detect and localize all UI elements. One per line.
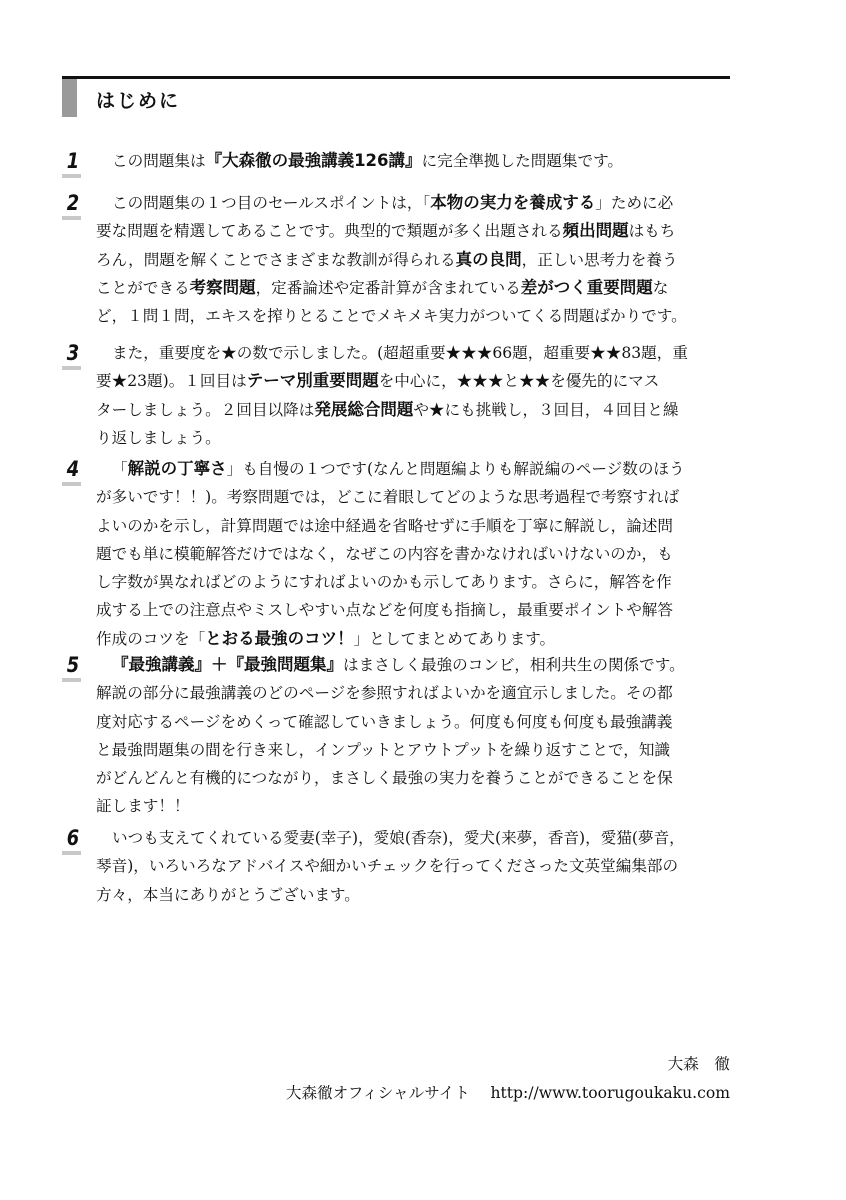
body-text: 」も自慢の１つです(なんと問題編よりも解説編のページ数のほう [227,460,685,478]
paragraph-number-underline [62,678,81,682]
body-text: ことができる [96,279,190,297]
text-line: り返しましょう。 [96,424,736,452]
emphasis-text: 発展総合問題 [314,400,413,419]
text-line: 方々，本当にありがとうございます。 [96,881,736,909]
body-text: 証します！！ [96,797,190,815]
emphasis-text: 『大森徹の最強講義126講』 [206,151,422,170]
body-text: 成する上での注意点やミスしやすい点などを何度も指摘し，最重要ポイントや解答 [96,601,673,619]
body-text: と最強問題集の間を行き来し，インプットとアウトプットを繰り返すことで，知識 [96,741,670,759]
paragraph-number-underline [62,482,81,486]
text-line: 題でも単に模範解答だけではなく，なぜこの内容を書かなければいけないのか，も [96,540,736,568]
body-text: この問題集の１つ目のセールスポイントは，「 [112,194,430,212]
paragraph-number-underline [62,851,81,855]
text-line: 「解説の丁寧さ」も自慢の１つです(なんと問題編よりも解説編のページ数のほう [96,455,736,483]
body-text: ろん，問題を解くことでさまざまな教訓が得られる [96,251,456,269]
paragraph-number: 6 [65,827,80,849]
paragraph-number: 4 [65,458,80,480]
paragraph-2: この問題集の１つ目のセールスポイントは，「本物の実力を養成する」ために必要な問題… [96,189,736,330]
paragraph-5: 『最強講義』＋『最強問題集』はまさしく最強のコンビ，相利共生の関係です。解説の部… [96,651,736,821]
body-text: 「 [112,460,128,478]
body-text: いつも支えてくれている愛妻(幸子)，愛娘(香奈)，愛犬(来夢，香音)，愛猫(夢音… [112,829,685,847]
paragraph-number-underline [62,216,81,220]
text-line: し字数が異なればどのようにすればよいのかも示してあります。さらに，解答を作 [96,568,736,596]
text-line: よいのかを示し，計算問題では途中経過を省略せずに手順を丁寧に解説し，論述問 [96,512,736,540]
body-text: 作成のコツを「 [96,630,205,648]
body-text: し字数が異なればどのようにすればよいのかも示してあります。さらに，解答を作 [96,573,672,591]
text-line: ど，１問１問，エキスを搾りとることでメキメキ実力がついてくる問題ばかりです。 [96,302,736,330]
emphasis-text: 差がつく重要問題 [521,278,653,297]
text-line: 度対応するページをめくって確認していきましょう。何度も何度も何度も最強講義 [96,708,736,736]
text-line: 証します！！ [96,792,736,820]
body-text: ，正しい思考力を養う [522,251,678,269]
emphasis-text: 解説の丁寧さ [128,459,227,478]
text-line: が多いです！！)。考察問題では，どこに着眼してどのような思考過程で考察すれば [96,483,736,511]
text-line: ターしましょう。２回目以降は発展総合問題や★にも挑戦し，３回目，４回目と繰 [96,396,736,424]
text-line: と最強問題集の間を行き来し，インプットとアウトプットを繰り返すことで，知識 [96,736,736,764]
paragraph-6: いつも支えてくれている愛妻(幸子)，愛娘(香奈)，愛犬(来夢，香音)，愛猫(夢音… [96,824,736,909]
text-line: この問題集は『大森徹の最強講義126講』に完全準拠した問題集です。 [96,147,736,175]
body-text: 要★23題)。１回目は [96,372,247,390]
header-rule [62,76,730,79]
body-text: 琴音)，いろいろなアドバイスや細かいチェックを行ってくださった文英堂編集部の [96,857,678,875]
official-site-line: 大森徹オフィシャルサイト http://www.toorugoukaku.com [286,1081,730,1103]
page-title: はじめに [96,86,180,113]
body-text: また，重要度を★の数で示しました。(超超重要★★★66題，超重要★★83題，重 [112,344,688,362]
text-line: この問題集の１つ目のセールスポイントは，「本物の実力を養成する」ために必 [96,189,736,217]
text-line: ことができる考察問題，定番論述や定番計算が含まれている差がつく重要問題な [96,274,736,302]
paragraph-number: 5 [65,654,80,676]
body-text: がどんどんと有機的につながり，まさしく最強の実力を養うことができることを保 [96,769,673,787]
body-text: 」としてまとめてあります。 [354,630,555,648]
emphasis-text: 本物の実力を養成する [430,193,595,212]
text-line: がどんどんと有機的につながり，まさしく最強の実力を養うことができることを保 [96,764,736,792]
paragraph-number-underline [62,366,81,370]
text-line: 琴音)，いろいろなアドバイスや細かいチェックを行ってくださった文英堂編集部の [96,852,736,880]
text-line: 解説の部分に最強講義のどのページを参照すればよいかを適宜示しました。その都 [96,679,736,707]
body-text: 方々，本当にありがとうございます。 [96,886,360,904]
body-text: 度対応するページをめくって確認していきましょう。何度も何度も何度も最強講義 [96,713,672,731]
body-text: が多いです！！)。考察問題では，どこに着眼してどのような思考過程で考察すれば [96,488,679,506]
paragraph-4: 「解説の丁寧さ」も自慢の１つです(なんと問題編よりも解説編のページ数のほうが多い… [96,455,736,653]
paragraph-number: 3 [65,342,80,364]
text-line: ろん，問題を解くことでさまざまな教訓が得られる真の良問，正しい思考力を養う [96,246,736,274]
body-text: ，定番論述や定番計算が含まれている [256,279,521,297]
text-line: 作成のコツを「とおる最強のコツ！」としてまとめてあります。 [96,625,736,653]
paragraph-1: この問題集は『大森徹の最強講義126講』に完全準拠した問題集です。 [96,147,736,175]
header-accent-bar [62,79,77,117]
text-line: また，重要度を★の数で示しました。(超超重要★★★66題，超重要★★83題，重 [96,339,736,367]
paragraph-number: 1 [65,150,80,172]
body-text: 題でも単に模範解答だけではなく，なぜこの内容を書かなければいけないのか，も [96,545,673,563]
paragraph-number: 2 [65,192,80,214]
emphasis-text: 考察問題 [190,278,256,297]
emphasis-text: テーマ別重要問題 [247,371,379,390]
paragraph-number-underline [62,174,81,178]
body-text: り返しましょう。 [96,429,221,447]
body-text: ターしましょう。２回目以降は [96,401,314,419]
body-text: はまさしく最強のコンビ，相利共生の関係です。 [343,656,685,674]
author-name: 大森 徹 [668,1052,730,1074]
text-line: 『最強講義』＋『最強問題集』はまさしく最強のコンビ，相利共生の関係です。 [96,651,736,679]
body-text: や★にも挑戦し，３回目，４回目と繰 [413,401,678,419]
paragraph-3: また，重要度を★の数で示しました。(超超重要★★★66題，超重要★★83題，重要… [96,339,736,452]
emphasis-text: とおる最強のコツ！ [205,629,354,648]
body-text: 解説の部分に最強講義のどのページを参照すればよいかを適宜示しました。その都 [96,684,673,702]
body-text: を中心に，★★★と★★を優先的にマス [379,372,660,390]
text-line: 成する上での注意点やミスしやすい点などを何度も指摘し，最重要ポイントや解答 [96,596,736,624]
text-line: 要★23題)。１回目はテーマ別重要問題を中心に，★★★と★★を優先的にマス [96,367,736,395]
emphasis-text: 頻出問題 [563,221,629,240]
body-text: に完全準拠した問題集です。 [422,152,623,170]
emphasis-text: 『最強講義』＋『最強問題集』 [112,655,343,674]
text-line: いつも支えてくれている愛妻(幸子)，愛娘(香奈)，愛犬(来夢，香音)，愛猫(夢音… [96,824,736,852]
body-text: 」ために必 [595,194,673,212]
body-text: よいのかを示し，計算問題では途中経過を省略せずに手順を丁寧に解説し，論述問 [96,517,673,535]
site-url[interactable]: http://www.toorugoukaku.com [490,1084,730,1102]
body-text: はもち [629,222,676,240]
emphasis-text: 真の良問 [456,250,522,269]
body-text: この問題集は [112,152,206,170]
body-text: な [653,279,669,297]
body-text: 要な問題を精選してあることです。典型的で類題が多く出題される [96,222,563,240]
site-label: 大森徹オフィシャルサイト [286,1084,470,1102]
text-line: 要な問題を精選してあることです。典型的で類題が多く出題される頻出問題はもち [96,217,736,245]
body-text: ど，１問１問，エキスを搾りとることでメキメキ実力がついてくる問題ばかりです。 [96,307,687,325]
